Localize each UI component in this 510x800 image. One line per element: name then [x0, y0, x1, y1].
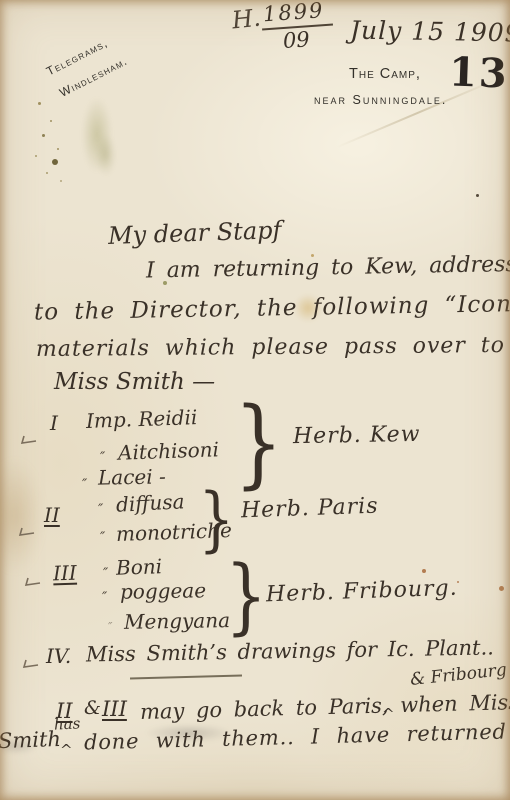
ditto-mark: ″ [100, 530, 105, 546]
item3-species-2: poggeae [120, 579, 206, 602]
item3-numeral: III [53, 562, 77, 585]
ps-line2-start: Smith [0, 728, 61, 753]
foxing-speck [52, 159, 58, 165]
body-line-1: I am returning to Kew, addressed [146, 253, 510, 284]
ps-roman-second: III [102, 698, 127, 721]
item2-numeral: II [44, 504, 60, 526]
caret-mark: ^ [60, 742, 73, 759]
foxing-speck [42, 134, 45, 137]
foxing-speck [38, 102, 41, 105]
letter-date: July 15 1909 [350, 17, 510, 47]
item1-species-2: Aitchisoni [118, 438, 220, 464]
archive-ref-prefix: H. [231, 5, 262, 34]
letter-page: Telegrams, Windlesham. The Camp, near Su… [0, 0, 510, 800]
item2-herbarium: Herb. Paris [241, 495, 379, 524]
ditto-mark: ″ [103, 566, 108, 582]
pencil-tick-icon [20, 432, 38, 451]
rust-speck [422, 569, 426, 573]
rust-speck [499, 586, 504, 591]
archive-ref-numerator: 1899 [260, 0, 333, 31]
pencil-tick-icon [24, 574, 42, 593]
foxing-speck [57, 148, 59, 150]
item3-species-3: Mengyana [124, 609, 230, 633]
ps-conjunction: & [84, 698, 101, 719]
body-line-2: to the Director, the following “Icones” [34, 291, 510, 325]
folio-stamp: 135 [448, 52, 510, 95]
brace-item1: } [234, 400, 283, 486]
ditto-mark: ″ [82, 477, 87, 493]
letterhead-camp: The Camp, [349, 66, 421, 82]
body-line-4: Miss Smith — [54, 370, 215, 395]
item1-herbarium: Herb. Kew [293, 423, 421, 449]
ditto-mark: ″ [108, 620, 112, 634]
item1-species-3: Lacei - [98, 465, 166, 488]
letterhead-telegrams: Telegrams, Windlesham. [44, 31, 130, 101]
item4-numeral: IV. [46, 645, 71, 667]
item1-species-1: Imp. Reidii [86, 406, 198, 432]
item3-herbarium: Herb. Fribourg. [266, 577, 458, 608]
item4-text: Miss Smith’s drawings for Ic. Plant.. [86, 636, 494, 666]
archive-ref-fraction: 1899 09 [260, 0, 335, 55]
foxing-speck [35, 155, 37, 157]
pencil-tick-icon [22, 656, 40, 675]
foxing-speck [46, 172, 48, 174]
stain-green-streak-2 [96, 134, 116, 176]
salutation: My dear Stapf [108, 217, 282, 249]
body-line-3: materials which please pass over to [36, 334, 505, 362]
ditto-mark: ″ [98, 502, 103, 518]
archive-ref-denominator: 09 [282, 27, 335, 54]
ps-line1-rest: may go back to Paris, when Miss [140, 691, 510, 724]
foxing-speck [50, 120, 52, 122]
item1-numeral: I [50, 412, 58, 434]
foxing-speck [60, 180, 62, 182]
item2-species-1: diffusa [115, 490, 184, 516]
underline-mark [130, 675, 242, 679]
stain-green-streak [82, 98, 112, 172]
insertion-fribourg: & Fribourg [409, 661, 507, 690]
item3-species-1: Boni [116, 555, 163, 579]
ink-speck [476, 194, 479, 197]
ditto-mark: ″ [100, 450, 105, 466]
pencil-tick-icon [18, 524, 36, 543]
ps-line2-rest: done with them.. I have returned [84, 720, 507, 754]
letterhead-sunningdale: near Sunningdale. [314, 93, 447, 107]
ditto-mark: ″ [102, 590, 107, 606]
stain-left-edge [0, 460, 42, 572]
brace-item2: } [198, 488, 234, 551]
brace-item3: } [225, 560, 267, 634]
